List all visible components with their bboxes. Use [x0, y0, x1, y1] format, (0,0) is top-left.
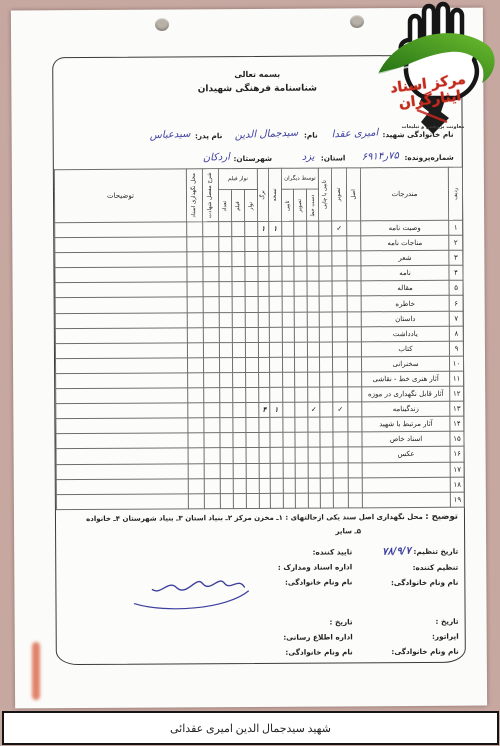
cell-taipi	[282, 236, 294, 251]
first-name-label: نام:	[304, 131, 318, 140]
cell-film	[233, 372, 246, 387]
footer-caption-box: شهید سیدجمال الدین امیری عقدائی	[2, 711, 499, 745]
cell-asl	[348, 462, 362, 477]
cell-film	[233, 478, 246, 493]
preparer-label: تنظیم کننده:	[382, 560, 458, 575]
cell-sharh	[204, 433, 220, 448]
red-ink-smear	[32, 642, 40, 700]
cell-tasvir2	[295, 493, 308, 508]
cell-dastkhat	[307, 357, 319, 372]
cell-no: ۱۸	[450, 477, 464, 492]
cell-tozihat	[55, 343, 187, 359]
cell-asl	[347, 296, 361, 311]
cell-tasvir2	[295, 432, 308, 447]
cell-asl	[347, 311, 361, 326]
cell-noskheh	[269, 297, 282, 312]
cell-item: زندگینامه	[362, 401, 450, 417]
preparer-block: تاریخ تنظیم: ۷۸/۹/۷ تنظیم کننده: نام ونا…	[382, 544, 458, 590]
cell-taipi	[282, 282, 294, 297]
cell-barg	[259, 493, 270, 508]
cell-taipi_chapi	[319, 251, 332, 266]
cell-tozihat	[56, 373, 188, 389]
cell-tasvir	[333, 493, 348, 508]
cell-no: ۱	[449, 220, 463, 235]
cell-film	[232, 342, 245, 357]
cell-no: ۴	[449, 265, 463, 280]
col-asl: اصل	[346, 168, 360, 221]
cell-item: داستان	[361, 311, 449, 327]
cell-tozihat	[55, 297, 187, 313]
cell-barg	[259, 433, 270, 448]
cell-taipi_chapi	[319, 296, 332, 311]
cell-tedad	[219, 357, 232, 372]
cell-asl	[347, 326, 361, 341]
cell-asl	[347, 221, 361, 236]
cell-sharh	[203, 252, 219, 267]
cell-taipi	[283, 493, 295, 508]
cell-film	[232, 327, 245, 342]
scanned-document-page: بسمه تعالی شناسنامة فرهنگی شهیدان نام خا…	[0, 0, 500, 746]
col-dastkhat: دست خط	[306, 189, 318, 221]
operator-date-label: تاریخ :	[391, 614, 458, 629]
cell-tedad	[219, 282, 232, 297]
cell-item: شعر	[361, 250, 449, 266]
cell-item: عکس	[362, 447, 450, 463]
col-radif: ردیف	[448, 167, 462, 220]
cell-noskheh	[270, 448, 283, 463]
cell-noskheh	[269, 282, 282, 297]
cell-sharh	[203, 342, 219, 357]
cell-dastkhat	[307, 221, 319, 236]
cell-no: ۱۳	[450, 401, 464, 416]
isargaran-logo: مرکز اسناد ایثارگران معاونت پژوهش و تبلی…	[358, 0, 500, 150]
cell-dastkhat	[307, 266, 319, 281]
cell-sharh	[204, 373, 220, 388]
cell-tedad	[219, 342, 232, 357]
cell-item: سخنرانی	[361, 356, 449, 372]
cell-taipi	[282, 357, 294, 372]
cell-sharh	[203, 312, 219, 327]
cell-tasvir2	[295, 448, 308, 463]
cell-tedad	[219, 327, 232, 342]
cell-dastkhat	[308, 417, 320, 432]
cell-dastkhat	[308, 463, 320, 478]
cell-asl	[348, 387, 362, 402]
cell-mahal	[187, 252, 203, 267]
punch-hole	[155, 18, 169, 31]
cell-tedad	[220, 433, 233, 448]
cell-sharh	[203, 327, 219, 342]
county-value: اردکان	[202, 152, 230, 164]
cell-dastkhat	[307, 312, 319, 327]
cell-navar	[246, 403, 259, 418]
cell-taipi	[283, 387, 295, 402]
cell-tozihat	[55, 312, 187, 328]
cell-mahal	[188, 463, 204, 478]
cell-no: ۱۷	[450, 462, 464, 477]
cell-tasvir	[332, 266, 347, 281]
cell-item: مناجات نامه	[361, 235, 449, 251]
cell-asl	[348, 372, 362, 387]
cell-no: ۳	[449, 250, 463, 265]
cell-navar	[245, 357, 258, 372]
signature-scribble	[126, 569, 256, 616]
cell-sharh	[203, 358, 219, 373]
cell-sharh	[204, 463, 220, 478]
cell-item: نامه	[361, 266, 449, 282]
cell-navar	[245, 221, 258, 236]
cell-film	[233, 493, 246, 508]
cell-dastkhat	[307, 297, 319, 312]
cell-taipi_chapi	[320, 447, 333, 462]
cell-mahal	[188, 448, 204, 463]
cell-tedad	[219, 252, 232, 267]
cell-tedad	[219, 267, 232, 282]
cell-tasvir	[332, 311, 347, 326]
cell-tasvir	[332, 281, 347, 296]
cell-tozihat	[55, 237, 187, 253]
cell-asl	[348, 447, 362, 462]
note-line2: ۵ـ سایر	[335, 527, 361, 535]
cell-noskheh	[270, 387, 283, 402]
cell-tedad	[220, 388, 233, 403]
cell-mahal	[187, 343, 203, 358]
cell-tasvir	[333, 477, 348, 492]
cell-navar	[245, 342, 258, 357]
cell-no: ۱۹	[450, 492, 464, 507]
cell-noskheh	[270, 418, 283, 433]
cell-tasvir	[332, 296, 347, 311]
cell-navar	[245, 237, 258, 252]
father-name-value: سیدعباس	[150, 129, 191, 142]
cell-mahal	[188, 418, 204, 433]
cell-no: ۶	[449, 296, 463, 311]
cell-taipi_chapi	[319, 312, 332, 327]
cell-taipi	[283, 417, 295, 432]
cell-sharh	[203, 297, 219, 312]
cell-tasvir	[333, 417, 348, 432]
cell-barg	[259, 418, 270, 433]
cell-taipi_chapi	[319, 281, 332, 296]
cell-navar	[245, 282, 258, 297]
cell-sharh	[203, 282, 219, 297]
colgroup-navar-film: نوار فیلم	[218, 168, 257, 190]
cell-sharh	[204, 388, 220, 403]
cell-tasvir	[333, 387, 348, 402]
cell-asl	[348, 402, 362, 417]
cell-mahal	[187, 237, 203, 252]
cell-taipi	[283, 433, 295, 448]
cell-tozihat	[56, 463, 188, 479]
cell-film	[232, 357, 245, 372]
col-mondarejat: مندرجات	[360, 167, 448, 221]
cell-item	[362, 462, 450, 478]
cell-navar	[245, 252, 258, 267]
cell-asl	[348, 432, 362, 447]
cell-tasvir2	[294, 266, 307, 281]
cell-barg	[258, 297, 269, 312]
cell-taipi_chapi	[319, 266, 332, 281]
col-taipi: تایپی	[281, 190, 293, 222]
cell-asl	[347, 236, 361, 251]
cell-noskheh: ۱	[270, 402, 283, 417]
cell-noskheh	[269, 342, 282, 357]
cell-sharh	[203, 267, 219, 282]
cell-barg	[259, 478, 270, 493]
cell-tasvir2	[294, 236, 307, 251]
table-header: ردیف مندرجات اصل تصویر تایپی یا چاپی توس…	[54, 167, 462, 222]
preparer-name-label: نام ونام خانوادگی:	[382, 575, 458, 590]
cell-dastkhat	[308, 387, 320, 402]
cell-item: خاطره	[361, 296, 449, 312]
cell-barg	[258, 282, 269, 297]
father-name-label: نام پدر:	[195, 131, 223, 140]
cell-film	[233, 418, 246, 433]
cell-no: ۱۲	[450, 386, 464, 401]
col-film: فیلم	[231, 190, 244, 222]
cell-taipi	[282, 251, 294, 266]
cell-taipi_chapi	[320, 432, 333, 447]
cell-taipi	[282, 297, 294, 312]
cell-mahal	[187, 267, 203, 282]
cell-taipi_chapi	[320, 417, 333, 432]
col-noskheh: نسخه	[268, 168, 281, 221]
cell-taipi	[283, 463, 295, 478]
cell-taipi_chapi	[319, 236, 332, 251]
cell-tedad	[220, 478, 233, 493]
cell-film	[232, 282, 245, 297]
cell-barg	[258, 236, 269, 251]
table-row: ۱۹	[56, 492, 464, 510]
col-taipi-chapi: تایپی یا چاپی	[318, 168, 331, 221]
cell-navar	[245, 297, 258, 312]
cell-tasvir	[333, 462, 348, 477]
cell-tedad	[220, 403, 233, 418]
cell-tasvir2	[295, 387, 308, 402]
cell-tozihat	[55, 252, 187, 268]
cell-item	[362, 492, 450, 508]
cell-dastkhat	[307, 327, 319, 342]
cell-film	[233, 448, 246, 463]
cell-taipi_chapi	[320, 387, 333, 402]
cell-tasvir2	[294, 221, 307, 236]
cell-asl	[348, 477, 362, 492]
footer-caption: شهید سیدجمال الدین امیری عقدائی	[170, 722, 331, 735]
cell-tasvir2	[295, 372, 308, 387]
cell-asl	[347, 357, 361, 372]
cell-navar	[246, 418, 259, 433]
cell-tozihat	[55, 222, 187, 238]
cell-mahal	[188, 403, 204, 418]
cell-tasvir2	[295, 478, 308, 493]
cell-tasvir2	[295, 402, 308, 417]
cell-dastkhat	[307, 281, 319, 296]
info-name-label: نام ونام خانوادگی:	[283, 644, 352, 659]
cell-mahal	[188, 373, 204, 388]
cell-item: آثار قابل نگهداری در موزه	[362, 386, 450, 402]
cell-asl	[347, 342, 361, 357]
cell-sharh	[204, 403, 220, 418]
cell-taipi	[282, 342, 294, 357]
cell-tasvir: ✓	[333, 402, 348, 417]
cell-tozihat	[55, 328, 187, 344]
cell-no: ۵	[449, 281, 463, 296]
colgroup-tavasote-digaran: توسط دیگران	[281, 168, 318, 190]
info-date-label: تاریخ :	[283, 614, 352, 629]
cell-navar	[246, 372, 259, 387]
cell-taipi	[283, 478, 295, 493]
cell-no: ۹	[449, 341, 463, 356]
cell-dastkhat	[307, 236, 319, 251]
cell-noskheh	[270, 372, 283, 387]
cell-dastkhat	[308, 447, 320, 462]
cell-asl	[348, 417, 362, 432]
cell-dastkhat	[308, 493, 320, 508]
cell-noskheh: ۱	[269, 221, 282, 236]
col-sharh: شرح مفصل شهادت	[202, 169, 218, 222]
cell-taipi_chapi	[320, 372, 333, 387]
cell-tozihat	[56, 494, 188, 510]
col-tasvir2: تصویر	[293, 190, 306, 222]
first-name-value: سیدجمال الدین	[234, 128, 298, 142]
cell-mahal	[188, 493, 204, 508]
cell-barg	[258, 327, 269, 342]
note-text: محل نگهداری اصل سند یکی ازحالتهای : ۱ـ م…	[86, 513, 423, 523]
cell-barg	[258, 252, 269, 267]
cell-tasvir	[332, 342, 347, 357]
cell-mahal	[188, 478, 204, 493]
cell-mahal	[187, 312, 203, 327]
cell-tasvir2	[294, 342, 307, 357]
cell-navar	[245, 312, 258, 327]
cell-item: مقاله	[361, 281, 449, 297]
cell-asl	[348, 492, 362, 507]
cell-no: ۱۰	[449, 356, 463, 371]
cell-tozihat	[56, 418, 188, 434]
cell-barg	[259, 372, 270, 387]
cell-film	[232, 312, 245, 327]
cell-tedad	[219, 222, 232, 237]
cell-no: ۱۵	[450, 432, 464, 447]
cell-mahal	[187, 297, 203, 312]
cell-tasvir	[332, 251, 347, 266]
cell-tasvir2	[294, 282, 307, 297]
cell-tasvir2	[294, 327, 307, 342]
cell-dastkhat	[308, 478, 320, 493]
cell-dastkhat	[308, 372, 320, 387]
cell-sharh	[204, 418, 220, 433]
cell-barg	[259, 387, 270, 402]
confirmer-name-label: نام ونام خانوادگی:	[278, 574, 352, 589]
cell-noskheh	[269, 267, 282, 282]
file-no-label: شماره‌پرونده:	[404, 153, 453, 162]
col-navar: نوار	[244, 190, 257, 222]
cell-mahal	[187, 282, 203, 297]
cell-taipi_chapi	[320, 462, 333, 477]
cell-mahal	[188, 433, 204, 448]
cell-taipi	[283, 402, 295, 417]
cell-tozihat	[56, 403, 188, 419]
cell-taipi_chapi	[319, 342, 332, 357]
cell-barg: ۱	[258, 221, 269, 236]
logo-dept-text: معاونت پژوهش و تبلیغات	[398, 124, 468, 130]
cell-noskheh	[269, 236, 282, 251]
prepare-date-value: ۷۸/۹/۷	[382, 544, 411, 560]
cell-film	[233, 433, 246, 448]
cell-barg	[259, 448, 270, 463]
cell-sharh	[204, 448, 220, 463]
cell-navar	[246, 478, 259, 493]
cell-film	[232, 237, 245, 252]
cell-no: ۸	[449, 326, 463, 341]
cell-taipi_chapi	[320, 478, 333, 493]
cell-taipi	[283, 372, 295, 387]
province-value: یزد	[302, 151, 315, 163]
cell-noskheh	[270, 433, 283, 448]
cell-tasvir	[332, 236, 347, 251]
cell-item: کتاب	[361, 341, 449, 357]
cell-sharh	[204, 493, 220, 508]
cell-item: آثار هنری خط - نقاشی	[362, 371, 450, 387]
cell-navar	[246, 493, 259, 508]
cell-mahal	[187, 222, 203, 237]
cell-taipi_chapi	[320, 493, 333, 508]
cell-taipi	[282, 327, 294, 342]
col-tozihat: توضیحات	[54, 169, 186, 223]
cell-dastkhat: ✓	[308, 402, 320, 417]
cell-tasvir2	[294, 297, 307, 312]
cell-tasvir	[332, 327, 347, 342]
cell-navar	[245, 327, 258, 342]
cell-tedad	[220, 463, 233, 478]
cell-tozihat	[56, 433, 188, 449]
cell-taipi_chapi	[319, 357, 332, 372]
confirmer-block: تایید کننده: اداره اسناد ومدارک : نام ون…	[278, 544, 353, 589]
prepare-date-label: تاریخ تنظیم:	[413, 547, 458, 556]
cell-no: ۱۱	[450, 371, 464, 386]
cell-tozihat	[56, 448, 188, 464]
cell-film	[232, 222, 245, 237]
cell-tedad	[219, 297, 232, 312]
cell-mahal	[188, 388, 204, 403]
cell-barg	[258, 357, 269, 372]
cell-taipi_chapi	[319, 221, 332, 236]
cell-tedad	[219, 312, 232, 327]
cell-tasvir	[333, 447, 348, 462]
cell-item	[362, 477, 450, 493]
cell-tasvir2	[295, 463, 308, 478]
cell-tozihat	[55, 358, 187, 374]
cell-film	[232, 297, 245, 312]
cell-noskheh	[269, 251, 282, 266]
cell-noskheh	[270, 463, 283, 478]
file-no-value: ۷۵ر۶۹۱۴	[361, 150, 398, 163]
col-tasvir: تصویر	[331, 168, 346, 221]
col-mahal: محل نگهداری اسناد	[186, 169, 202, 222]
info-office-label: اداره اطلاع رسانی:	[283, 629, 352, 644]
table-body: ۱وصیت نامه✓۱۱۲مناجات نامه۳شعر۴نامه۵مقاله…	[55, 220, 465, 509]
cell-tedad	[220, 493, 233, 508]
cell-tozihat	[56, 388, 188, 404]
cell-barg	[258, 342, 269, 357]
info-office-block: تاریخ : اداره اطلاع رسانی: نام ونام خانو…	[283, 614, 353, 659]
cell-asl	[347, 266, 361, 281]
cell-item: وصیت نامه	[361, 220, 449, 236]
cell-barg	[259, 463, 270, 478]
cell-tasvir	[333, 372, 348, 387]
file-row: شماره‌پرونده: ۷۵ر۶۹۱۴ استان: یزد شهرستان…	[62, 151, 454, 164]
confirmer-title: تایید کننده:	[278, 544, 352, 559]
